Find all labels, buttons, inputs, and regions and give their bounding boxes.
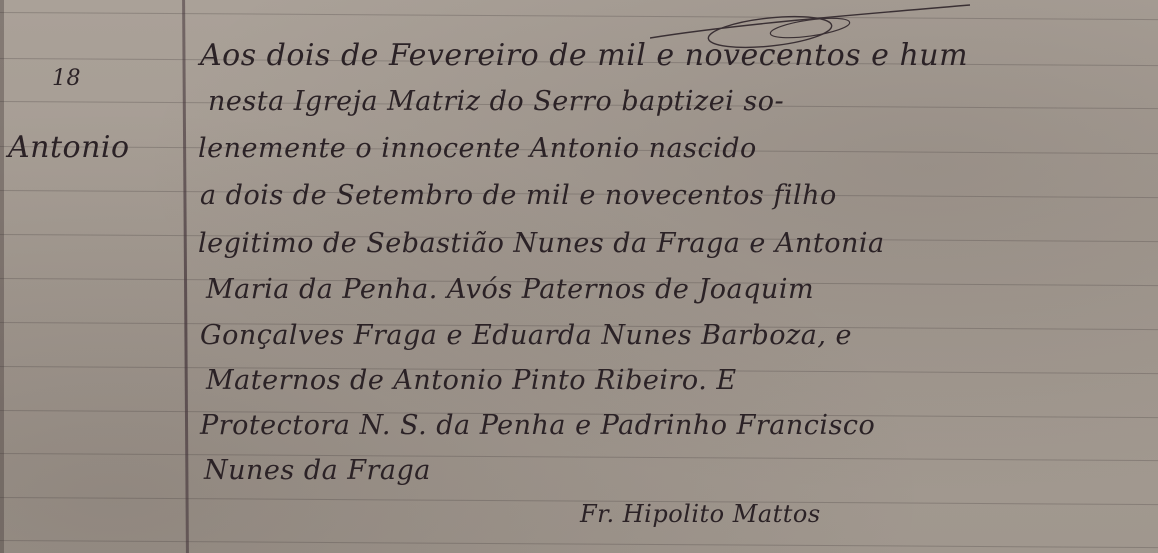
page-edge <box>0 0 4 553</box>
entry-margin-name: Antonio <box>8 130 130 165</box>
entry-number: 18 <box>52 66 81 91</box>
body-line: a dois de Setembro de mil e novecentos f… <box>200 180 837 211</box>
body-line: Protectora N. S. da Penha e Padrinho Fra… <box>200 410 875 441</box>
body-line: nesta Igreja Matriz do Serro baptizei so… <box>208 86 784 117</box>
body-line: Maria da Penha. Avós Paternos de Joaquim <box>206 274 814 305</box>
ruled-line <box>0 540 1158 548</box>
ruled-line <box>0 453 1158 461</box>
body-line: Gonçalves Fraga e Eduarda Nunes Barboza,… <box>200 320 852 351</box>
body-line: Aos dois de Fevereiro de mil e novecento… <box>200 38 968 73</box>
priest-signature: Fr. Hipolito Mattos <box>580 500 821 528</box>
register-page: 18 Antonio Aos dois de Fevereiro de mil … <box>0 0 1158 553</box>
body-line: legitimo de Sebastião Nunes da Fraga e A… <box>198 228 885 259</box>
body-line: Nunes da Fraga <box>204 455 431 486</box>
body-line: lenemente o innocente Antonio nascido <box>198 133 757 164</box>
body-line: Maternos de Antonio Pinto Ribeiro. E <box>206 365 737 396</box>
ruled-line <box>0 497 1158 505</box>
margin-rule <box>182 0 189 553</box>
